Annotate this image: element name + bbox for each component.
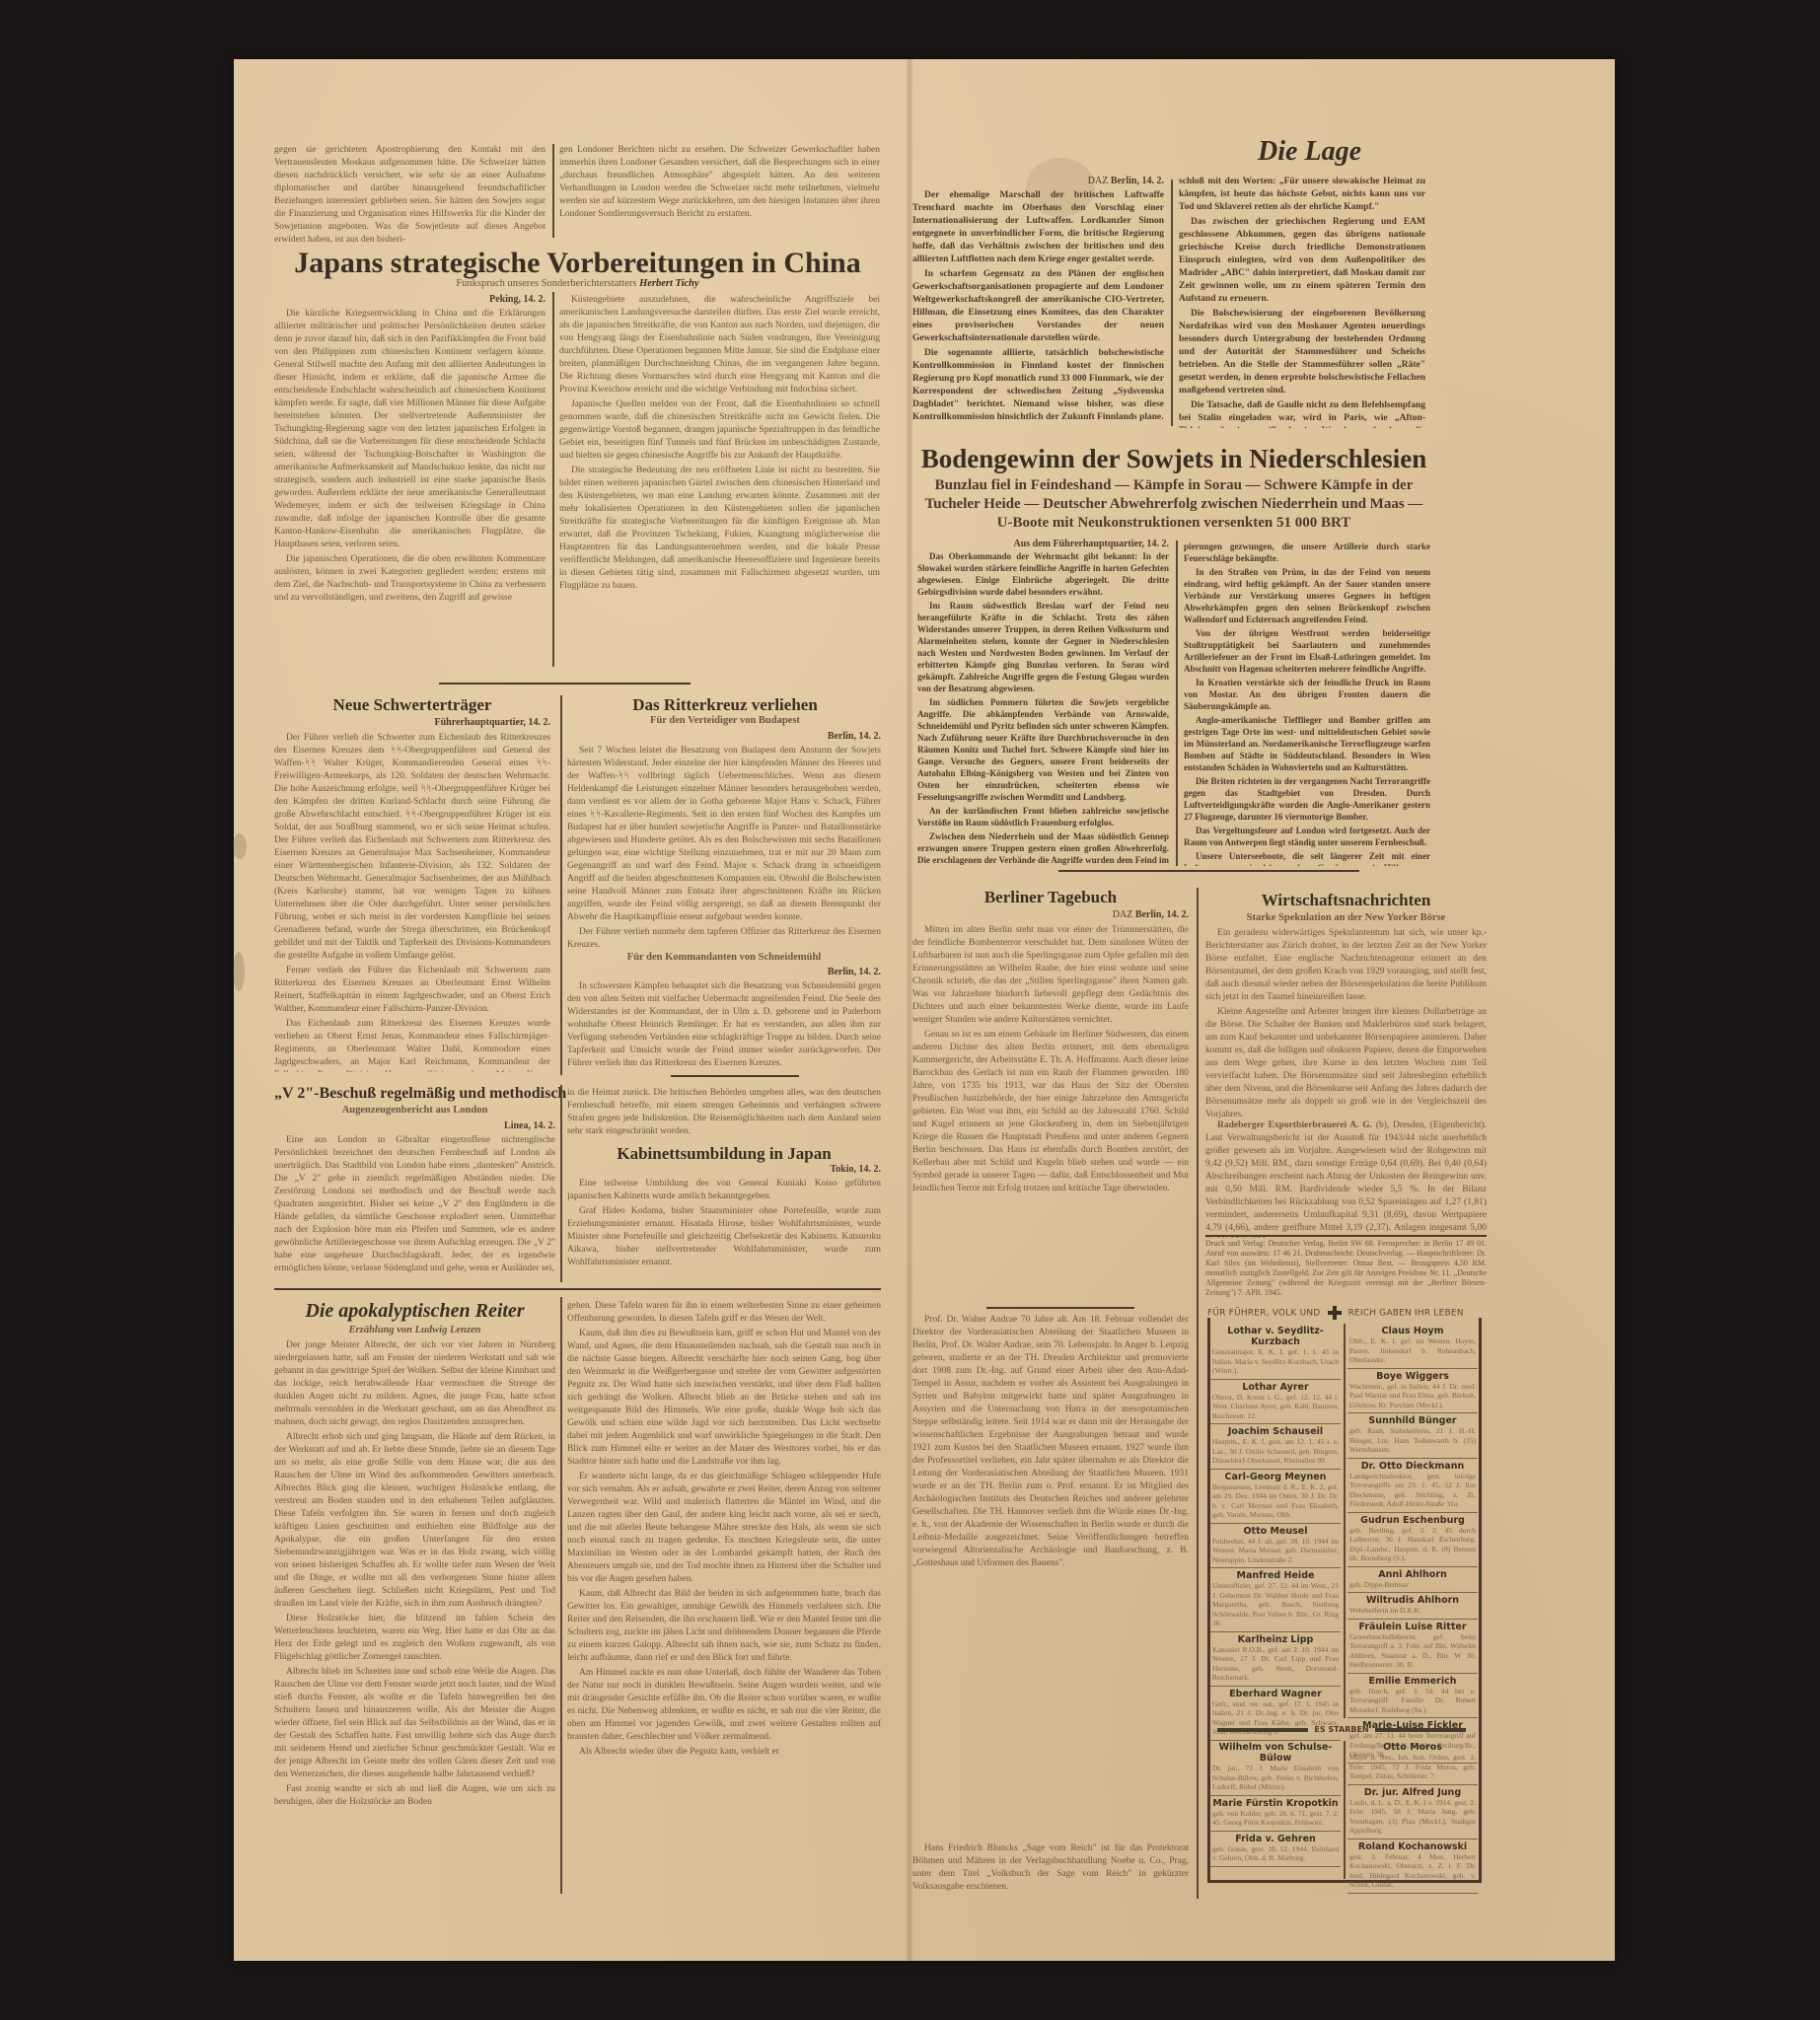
wirtschaft-text: Ein geradezu widerwärtiges Spekulantentu… [1205,927,1487,1119]
memorial-entry: Lothar v. Seydlitz-KurzbachGeneralmajor,… [1210,1324,1341,1380]
bodengewinn-text-col1: Das Oberkommando der Wehrmacht gibt beka… [917,550,1169,868]
memorial-entry: Joachim SchauseilHauptm., E. K. I, gest.… [1210,1424,1341,1470]
paragraph: Unsere Unterseeboote, die seit längerer … [1184,850,1430,866]
paragraph: Die sogenannte alliierte, tatsächlich bo… [912,347,1164,424]
berliner-tagebuch-headline: Berliner Tagebuch [912,888,1189,907]
paragraph: Seit 7 Wochen leistet die Besatzung von … [567,745,881,924]
paragraph: Hans Friedrich Bluncks „Sage vom Reich" … [912,1842,1189,1894]
paragraph: gehen. Diese Tafeln waren für ihn in ein… [567,1300,881,1326]
memorial-text: Oblt., E. K. I, gef. im Westen. Hoym, Pa… [1349,1336,1476,1365]
memorial-divider [1344,1741,1346,1879]
paragraph: Eine aus London in Gibraltar eingetroffe… [274,1134,555,1275]
memorial-text: Wehrhelferin im D.R.K. [1349,1606,1476,1616]
bodengewinn-headline: Bodengewinn der Sowjets in Niederschlesi… [917,444,1430,474]
memorial-name: Joachim Schauseil [1212,1426,1339,1437]
memorial-text: Landgerichtsdirektor, gest. infolge Terr… [1349,1472,1476,1509]
paragraph: Der Führer verlieh nunmehr dem tapferen … [567,926,881,952]
byline-author: Herbert Tichy [639,278,699,289]
section-rule [274,1288,881,1290]
memorial-text: Kanonier R.O.B., gef. am 2. 10. 1944 im … [1212,1645,1339,1683]
paragraph: Eine teilweise Umbildung des von General… [567,1178,881,1203]
radeberger-heading: Radeberger Exportbierbrauerei A. G. [1217,1120,1372,1130]
memorial-entry: Karlheinz LippKanonier R.O.B., gef. am 2… [1210,1632,1341,1687]
ritterkreuz-dateline: Berlin, 14. 2. [567,731,881,742]
memorial-text: geb. Horch, gef. 3. 10. 44 bei e. Terror… [1349,1687,1476,1715]
bodengewinn-text-col2: pierungen gezwungen, die unsere Artiller… [1184,541,1430,866]
memorial-entry: Carl-Georg MeynenBergassessor, Leutnant … [1210,1470,1341,1524]
section-rule [1058,870,1359,872]
memorial-name: Lothar Ayrer [1212,1382,1339,1393]
paragraph: Diese Holzstöcke hier, die blitzend im f… [274,1613,555,1664]
memorial-text: Feldwebel, 44 J. alt, gef. 28. 10. 1944 … [1212,1537,1339,1565]
memorial-text: geb. Bertling, gef. 3. 2. 45 durch Luftt… [1349,1526,1476,1563]
memorial-died-left: Wilhelm von Schulse-BülowDr. jur., 72 J.… [1210,1740,1341,1867]
die-lage-headline: Die Lage [1085,136,1361,168]
paragraph: Die strategische Bedeutung der neu eröff… [559,465,880,593]
paragraph: Im Raum südwestlich Breslau warf der Fei… [917,600,1169,694]
memorial-entry: Wiltrudis AhlhornWehrhelferin im D.R.K. [1347,1593,1478,1620]
ritterkreuz-headline: Das Ritterkreuz verliehen [567,695,883,715]
paragraph: Der Führer verlieh die Schwerter zum Eic… [274,732,550,963]
blunck-text: Hans Friedrich Bluncks „Sage vom Reich" … [912,1842,1189,1897]
memorial-name: Karlheinz Lipp [1212,1634,1339,1645]
memorial-name: Anni Ahlhorn [1349,1569,1476,1580]
paragraph: An der kurländischen Front blieben zahlr… [917,805,1169,829]
memorial-entry: Dr. jur. Alfred JungLzoln. d. L. a. D., … [1347,1785,1478,1840]
memorial-name: Wilhelm von Schulse-Bülow [1212,1742,1339,1764]
memorial-name: Marie Fürstin Kropotkin [1212,1798,1339,1809]
dateline-value: Berlin, 14. 2. [1111,176,1164,186]
memorial-text: Wachtmstr., gef. in Italien, 44 J. Dr. m… [1349,1382,1476,1410]
kabinett-headline: Kabinettsumbildung in Japan [567,1144,881,1164]
japan-text-col2: Küstengebiete auszudehnen, die wahrschei… [559,294,880,669]
memorial-died-right: Otto MorosMajor d. Res., Inh. hoh. Orden… [1347,1740,1478,1894]
schwertertraeger-headline: Neue Schwerterträger [274,695,550,715]
schneidemuehl-text: In schwersten Kämpfen behauptet sich die… [567,980,881,1069]
v2-dateline: Linea, 14. 2. [274,1120,555,1131]
wirtschaft-headline: Wirtschaftsnachrichten [1205,891,1487,910]
dateline-prefix: DAZ [1088,176,1109,186]
paragraph: Das zwischen der griechischen Regierung … [1179,216,1425,306]
byline-prefix: Funkspruch unseres Sonderberichterstatte… [456,278,636,289]
paragraph: Kaum, daß Albrecht das Bild der beiden i… [567,1588,881,1665]
memorial-text: Hauptm., E. K. I, gest. am 12. 1. 45 i. … [1212,1437,1339,1466]
memorial-entry: Dr. Otto DieckmannLandgerichtsdirektor, … [1347,1459,1478,1513]
memorial-name: Dr. Otto Dieckmann [1349,1461,1476,1472]
memorial-name: Fräulein Luise Ritter [1349,1622,1476,1632]
paragraph: schloß mit den Worten: „Für unsere slowa… [1179,176,1425,214]
v2-text-col2: in die Heimat zurück. Die britischen Beh… [567,1087,881,1141]
die-lage-text-col1: Der ehemalige Marschall der britischen L… [912,189,1164,426]
apokalyptischen-subhead: Erzählung von Ludwig Lenzen [274,1325,555,1335]
dateline-value: Berlin, 14. 2. [1135,909,1189,920]
paragraph: Albrecht erhob sich und ging langsam, di… [274,1431,555,1611]
memorial-entry: Fräulein Luise RitterGewerbeschullehreri… [1347,1620,1478,1674]
memorial-entry: Frida v. Gehrengeb. Goeze, gest. 18. 12.… [1210,1832,1341,1867]
memorial-name: Carl-Georg Meynen [1212,1472,1339,1482]
memorial-name: Sunnhild Bünger [1349,1415,1476,1426]
paragraph: Der junge Meister Albrecht, der sich vor… [274,1339,555,1429]
memorial-text: geb. Dippe-Bettmar [1349,1580,1476,1590]
continuation-text-col1: gegen sie gerichteten Apostrophierung de… [274,144,546,243]
paragraph: Im südlichen Pommern führten die Sowjets… [917,696,1169,803]
memorial-text: Bergassessor, Leutnant d. R., E. K. 2, g… [1212,1482,1339,1520]
paragraph: Ein geradezu widerwärtiges Spekulantentu… [1205,927,1487,1004]
japan-dateline: Peking, 14. 2. [274,294,546,305]
memorial-name: Dr. jur. Alfred Jung [1349,1787,1476,1798]
memorial-entry: Roland Kochanowskigest. 2. Februar, 4 Mo… [1347,1840,1478,1894]
memorial-text: Unteroffizier, gef. 27. 12. 44 im West.,… [1212,1581,1339,1628]
memorial-title-right: REICH GABEN IHR LEBEN [1348,1309,1464,1319]
memorial-name: Eberhard Wagner [1212,1689,1339,1699]
japan-text-col1: Die kürzliche Kriegsentwicklung in China… [274,308,546,668]
memorial-text: geb. Rauh, Stabshelferin, 21 J. H.-H. Bü… [1349,1426,1476,1455]
memorial-entry: Sunnhild Büngergeb. Rauh, Stabshelferin,… [1347,1413,1478,1459]
memorial-entry: Otto MorosMajor d. Res., Inh. hoh. Orden… [1347,1740,1478,1785]
memorial-text: geb. von Kohler, geb. 28. 6. 71, gest. 7… [1212,1809,1339,1828]
memorial-text: Dr. jur., 72 J. Marie Elisabeth von Schu… [1212,1764,1339,1792]
column-rule [560,695,562,1075]
wirtschaft-subhead: Starke Spekulation an der New Yorker Bör… [1205,912,1487,923]
v2-subhead: Augenzeugenbericht aus London [274,1105,555,1116]
section-rule [1205,1235,1487,1237]
memorial-name: Boye Wiggers [1349,1371,1476,1382]
column-rule [1171,180,1173,426]
paragraph: In scharfem Gegensatz zu den Plänen der … [912,268,1164,345]
memorial-fallen-left: Lothar v. Seydlitz-KurzbachGeneralmajor,… [1210,1324,1341,1741]
schwertertraeger-text: Der Führer verlieh die Schwerter zum Eic… [274,732,550,1072]
v2-text: Eine aus London in Gibraltar eingetroffe… [274,1134,555,1282]
paragraph: Graf Hideo Kodama, bisher Staatsminister… [567,1205,881,1269]
memorial-name: Gudrun Eschenburg [1349,1515,1476,1526]
ritterkreuz-text: Seit 7 Wochen leistet die Besatzung von … [567,745,881,952]
memorial-name: Roland Kochanowski [1349,1841,1476,1852]
paragraph: Albrecht blieb im Schreiten inne und sch… [274,1666,555,1781]
kabinett-text: Eine teilweise Umbildung des von General… [567,1178,881,1282]
paragraph: Das Eichenlaub zum Ritterkreuz des Eiser… [274,1018,550,1072]
memorial-name: Claus Hoym [1349,1326,1476,1336]
radeberger-text: Radeberger Exportbierbrauerei A. G. (b),… [1205,1119,1487,1238]
japan-byline: Funkspruch unseres Sonderberichterstatte… [274,278,881,289]
memorial-fallen-right: Claus HoymOblt., E. K. I, gef. im Westen… [1347,1324,1478,1764]
memorial-entry: Lothar AyrerOberst, D. Kreuz i. G., gef.… [1210,1380,1341,1425]
paragraph: in die Heimat zurück. Die britischen Beh… [567,1087,881,1138]
memorial-name: Frida v. Gehren [1212,1834,1339,1844]
paragraph: Anglo-amerikanische Tiefflieger und Bomb… [1184,714,1430,773]
memorial-text: Gewerbeschullehrerin, gef. beim Terroran… [1349,1632,1476,1670]
paragraph: Die Tatsache, daß de Gaulle nicht zu dem… [1179,399,1425,428]
memorial-title-left: FÜR FÜHRER, VOLK UND [1207,1309,1320,1319]
memorial-text: Lzoln. d. L. a. D., E. K. I v. 1914, ges… [1349,1798,1476,1836]
paragraph: In Kroatien verstärkte sich der feindlic… [1184,677,1430,712]
column-rule [1197,888,1199,1899]
paragraph: Fast zornig wandte er sich ab und ließ d… [274,1783,555,1809]
bodengewinn-deck: Bunzlau fiel in Feindeshand — Kämpfe in … [917,476,1430,533]
paragraph: Die Briten richteten in der vergangenen … [1184,775,1430,823]
paragraph: Küstengebiete auszudehnen, die wahrschei… [559,294,880,397]
bodengewinn-dateline: Aus dem Führerhauptquartier, 14. 2. [917,539,1169,549]
column-rule [1176,541,1178,866]
memorial-divider [1344,1324,1346,1718]
paragraph: In den Straßen von Prüm, in das der Fein… [1184,566,1430,625]
paragraph: Am Himmel zuckte es nun ohne Unterlaß, d… [567,1667,881,1744]
continuation-text-col2: gen Londoner Berichten nicht zu ersehen.… [559,144,880,243]
schwertertraeger-dateline: Führerhauptquartier, 14. 2. [274,717,550,728]
memorial-entry: Claus HoymOblt., E. K. I, gef. im Westen… [1347,1324,1478,1369]
paragraph: Der ehemalige Marschall der britischen L… [912,189,1164,266]
schneidemuehl-subhead: Für den Kommandanten von Schneidemühl [567,952,881,963]
kabinett-dateline: Tokio, 14. 2. [567,1164,881,1175]
water-stain [233,952,245,991]
die-lage-text-col2: schloß mit den Worten: „Für unsere slowa… [1179,176,1425,428]
paragraph: Von der übrigen Westfront werden beiders… [1184,627,1430,675]
memorial-entry: Anni Ahlhorngeb. Dippe-Bettmar [1347,1567,1478,1594]
berliner-tagebuch-dateline: DAZ Berlin, 14. 2. [912,909,1189,920]
memorial-name: Emilie Emmerich [1349,1676,1476,1687]
memorial-text: Major d. Res., Inh. hoh. Orden, gest. 2.… [1349,1753,1476,1781]
column-rule [552,292,554,667]
memorial-text: geb. Goeze, gest. 18. 12. 1944. Reinhard… [1212,1844,1339,1863]
paragraph: Das Oberkommando der Wehrmacht gibt beka… [917,550,1169,598]
memorial-text: gest. 2. Februar, 4 Mon. Herbert Kochano… [1349,1852,1476,1890]
memorial-name: Manfred Heide [1212,1570,1339,1581]
memorial-text: Generalmajor, E. K. I, gef. 1. 1. 45 in … [1212,1347,1339,1376]
memorial-name: Otto Moros [1349,1742,1476,1753]
paragraph: Er wanderte nicht lange, da er das gleic… [567,1471,881,1586]
es-starben-divider: ES STARBEN [1209,1725,1474,1734]
memorial-entry: Marie Fürstin Kropotkingeb. von Kohler, … [1210,1796,1341,1832]
apokalyptischen-text-col2: gehen. Diese Tafeln waren für ihn in ein… [567,1300,881,1892]
memorial-entry: Emilie Emmerichgeb. Horch, gef. 3. 10. 4… [1347,1674,1478,1719]
paragraph: Kaum, daß ihm dies zu Bewußtsein kam, gr… [567,1328,881,1469]
paragraph: Japanische Quellen melden von der Front,… [559,398,880,463]
v2-headline: „V 2"-Beschuß regelmäßig und methodisch [274,1085,555,1103]
schneidemuehl-dateline: Berlin, 14. 2. [567,967,881,977]
paragraph: Die Bolschewisierung der eingeborenen Be… [1179,308,1425,397]
paragraph: Die japanischen Operationen, die die obe… [274,553,546,605]
paragraph: Genau so ist es um einem Gebäude im Berl… [912,1029,1189,1195]
impressum: Druck und Verlag: Deutscher Verlag, Berl… [1205,1239,1487,1300]
memorial-name: Wiltrudis Ahlhorn [1349,1595,1476,1606]
paragraph: Prof. Dr. Walter Andrae 70 Jahre alt. Am… [912,1314,1189,1570]
column-rule [560,1297,562,1894]
memorial-entry: Wilhelm von Schulse-BülowDr. jur., 72 J.… [1210,1740,1341,1796]
berliner-tagebuch-text: Mitten im alten Berlin steht man vor ein… [912,924,1189,1299]
radeberger-body: (b), Dresden, (Eigenbericht). Laut Verwa… [1205,1120,1487,1238]
paragraph: Als Albrecht wieder über die Pegnitz kam… [567,1746,881,1759]
paragraph: pierungen gezwungen, die unsere Artiller… [1184,541,1430,564]
japan-headline: Japans strategische Vorbereitungen in Ch… [274,247,881,280]
memorial-entry: Manfred HeideUnteroffizier, gef. 27. 12.… [1210,1568,1341,1632]
memorial-text: Oberst, D. Kreuz i. G., gef. 12. 12. 44 … [1212,1393,1339,1421]
paragraph: Die kürzliche Kriegsentwicklung in China… [274,308,546,551]
apokalyptischen-headline: Die apokalyptischen Reiter [274,1300,555,1323]
paragraph: Das Vergeltungsfeuer auf London wird for… [1184,825,1430,848]
memorial-entry: Gudrun Eschenburggeb. Bertling, gef. 3. … [1347,1513,1478,1567]
andrae-text: Prof. Dr. Walter Andrae 70 Jahre alt. Am… [912,1314,1189,1827]
column-rule [560,1085,562,1282]
section-rule [671,1075,799,1077]
column-rule [552,144,554,238]
memorial-name: Lothar v. Seydlitz-Kurzbach [1212,1326,1339,1347]
memorial-entry: Otto MeuselFeldwebel, 44 J. alt, gef. 28… [1210,1524,1341,1569]
section-rule [439,683,691,685]
water-stain [233,833,247,859]
paragraph: Kleine Angestellte und Arbeiter bringen … [1205,1006,1487,1119]
paragraph: In schwersten Kämpfen behauptet sich die… [567,980,881,1069]
dateline-prefix: DAZ [1113,909,1133,920]
apokalyptischen-text-col1: Der junge Meister Albrecht, der sich vor… [274,1339,555,1892]
paragraph: Zwischen dem Niederrhein und der Maas sü… [917,830,1169,868]
memorial-name: Otto Meusel [1212,1526,1339,1537]
ritterkreuz-subhead: Für den Verteidiger von Budapest [567,715,883,726]
die-lage-dateline: DAZ Berlin, 14. 2. [912,176,1164,186]
paragraph: Mitten im alten Berlin steht man vor ein… [912,924,1189,1027]
section-rule [986,1307,1134,1309]
memorial-entry: Boye WiggersWachtmstr., gef. in Italien,… [1347,1369,1478,1414]
paragraph: Ferner verlieh der Führer das Eichenlaub… [274,965,550,1016]
